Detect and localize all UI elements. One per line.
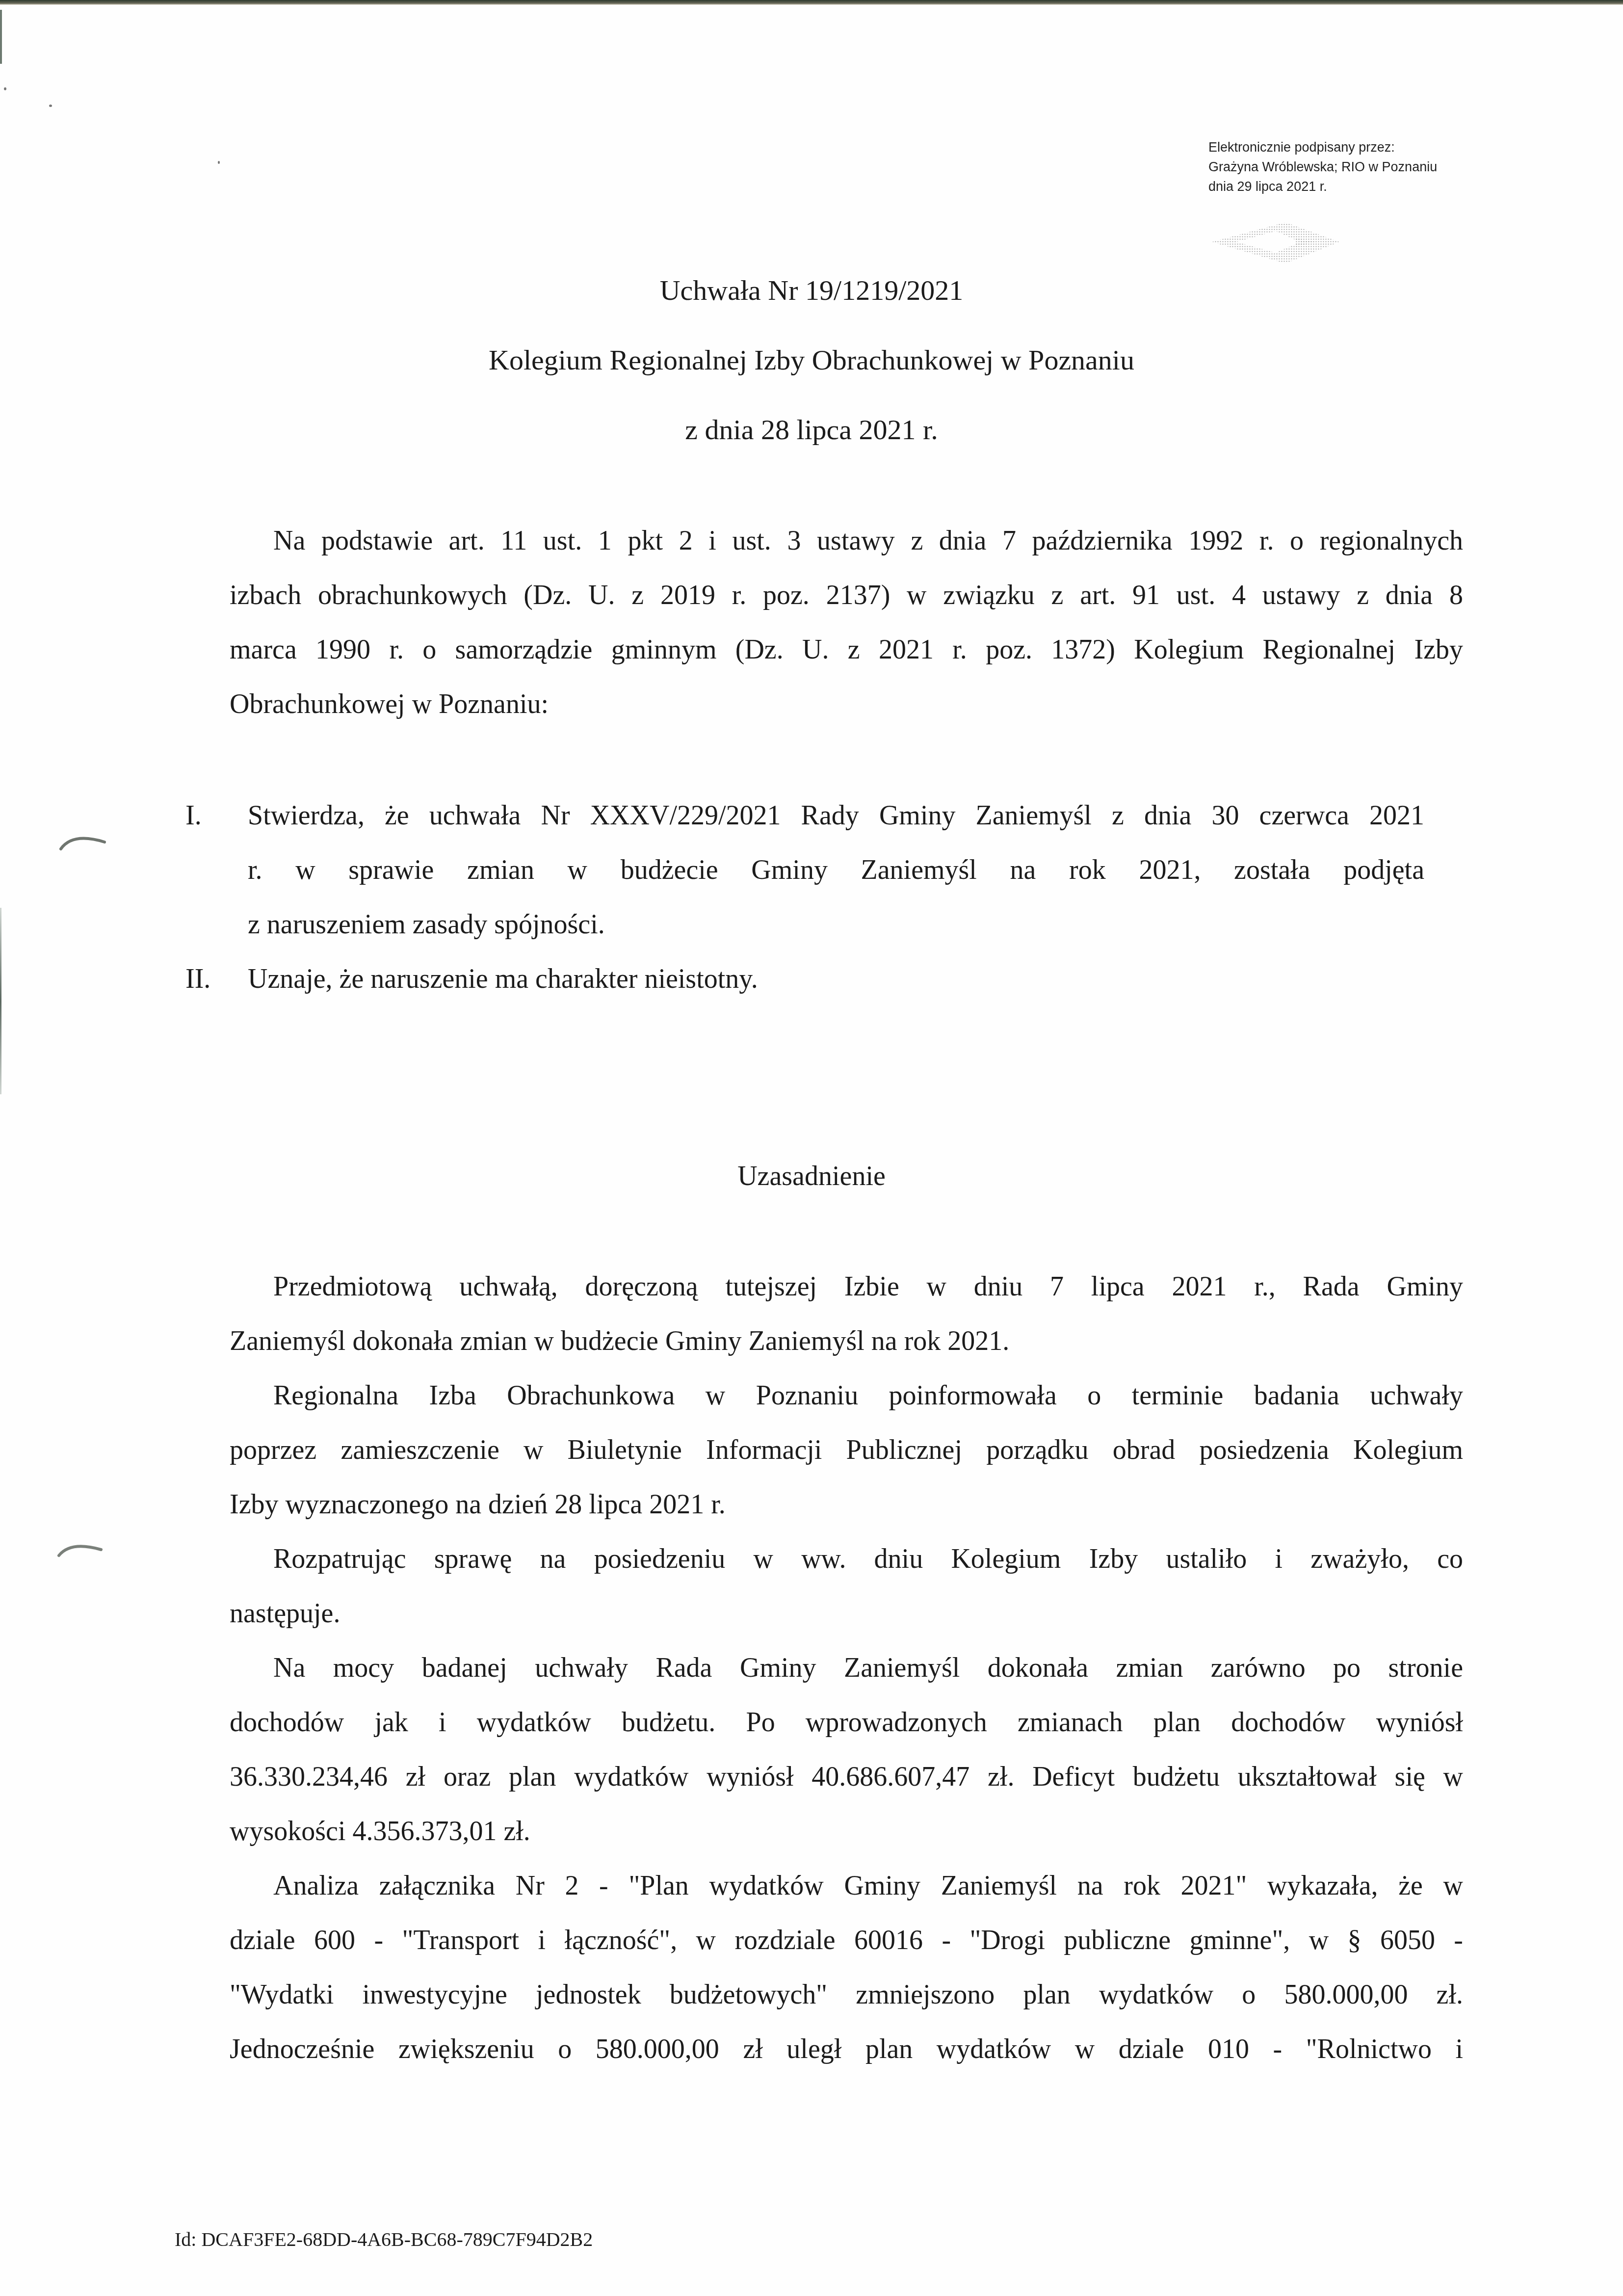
resolution-item-line: Uznaje, że naruszenie ma charakter nieis… — [248, 963, 1424, 995]
resolution-item-line: r. w sprawie zmian w budżecie Gminy Zani… — [248, 854, 1424, 886]
signature-signer: Grażyna Wróblewska; RIO w Poznaniu — [1208, 157, 1437, 177]
scan-speck — [4, 87, 6, 90]
resolution-item-numeral: II. — [185, 963, 210, 995]
preamble-line: marca 1990 r. o samorządzie gminnym (Dz.… — [230, 634, 1463, 665]
resolution-issuer: Kolegium Regionalnej Izby Obrachunkowej … — [0, 343, 1623, 376]
signature-seal-icon — [1202, 218, 1344, 267]
scan-speck — [49, 105, 52, 107]
resolution-item-numeral: I. — [185, 800, 202, 831]
justification-line: dziale 600 - "Transport i łączność", w r… — [230, 1925, 1463, 1956]
justification-line: wysokości 4.356.373,01 zł. — [230, 1816, 1463, 1847]
resolution-title: Uchwała Nr 19/1219/2021 — [0, 274, 1623, 307]
justification-line: dochodów jak i wydatków budżetu. Po wpro… — [230, 1707, 1463, 1738]
justification-line: poprzez zamieszczenie w Biuletynie Infor… — [230, 1434, 1463, 1466]
justification-line: następuje. — [230, 1598, 1463, 1629]
justification-line: Analiza załącznika Nr 2 - "Plan wydatków… — [273, 1870, 1463, 1901]
justification-line: Jednocześnie zwiększeniu o 580.000,00 zł… — [230, 2033, 1463, 2065]
justification-line: Rozpatrując sprawę na posiedzeniu w ww. … — [273, 1543, 1463, 1575]
justification-line: Przedmiotową uchwałą, doręczoną tutejsze… — [273, 1271, 1463, 1302]
scan-edge-left-shadow — [0, 908, 1, 1094]
justification-line: Na mocy badanej uchwały Rada Gminy Zanie… — [273, 1652, 1463, 1684]
electronic-signature: Elektronicznie podpisany przez: Grażyna … — [1208, 137, 1437, 196]
justification-line: "Wydatki inwestycyjne jednostek budżetow… — [230, 1979, 1463, 2010]
punch-hole-icon — [56, 1536, 110, 1560]
signature-line: Elektronicznie podpisany przez: — [1208, 137, 1437, 157]
scan-edge-top — [0, 0, 1623, 5]
preamble-line: Na podstawie art. 11 ust. 1 pkt 2 i ust.… — [273, 525, 1463, 556]
resolution-date: z dnia 28 lipca 2021 r. — [0, 413, 1623, 446]
justification-line: Zaniemyśl dokonała zmian w budżecie Gmin… — [230, 1325, 1463, 1357]
document-id: Id: DCAF3FE2-68DD-4A6B-BC68-789C7F94D2B2 — [175, 2228, 593, 2251]
scan-speck — [218, 161, 220, 164]
justification-heading: Uzasadnienie — [0, 1161, 1623, 1192]
scan-edge-left — [0, 10, 2, 64]
resolution-item-line: Stwierdza, że uchwała Nr XXXV/229/2021 R… — [248, 800, 1424, 831]
justification-line: 36.330.234,46 zł oraz plan wydatków wyni… — [230, 1761, 1463, 1793]
preamble-line: Obrachunkowej w Poznaniu: — [230, 688, 1463, 720]
resolution-item-line: z naruszeniem zasady spójności. — [248, 909, 1424, 940]
justification-line: Izby wyznaczonego na dzień 28 lipca 2021… — [230, 1489, 1463, 1520]
punch-hole-icon — [58, 828, 112, 853]
signature-date: dnia 29 lipca 2021 r. — [1208, 177, 1437, 196]
preamble-line: izbach obrachunkowych (Dz. U. z 2019 r. … — [230, 580, 1463, 611]
justification-line: Regionalna Izba Obrachunkowa w Poznaniu … — [273, 1380, 1463, 1411]
